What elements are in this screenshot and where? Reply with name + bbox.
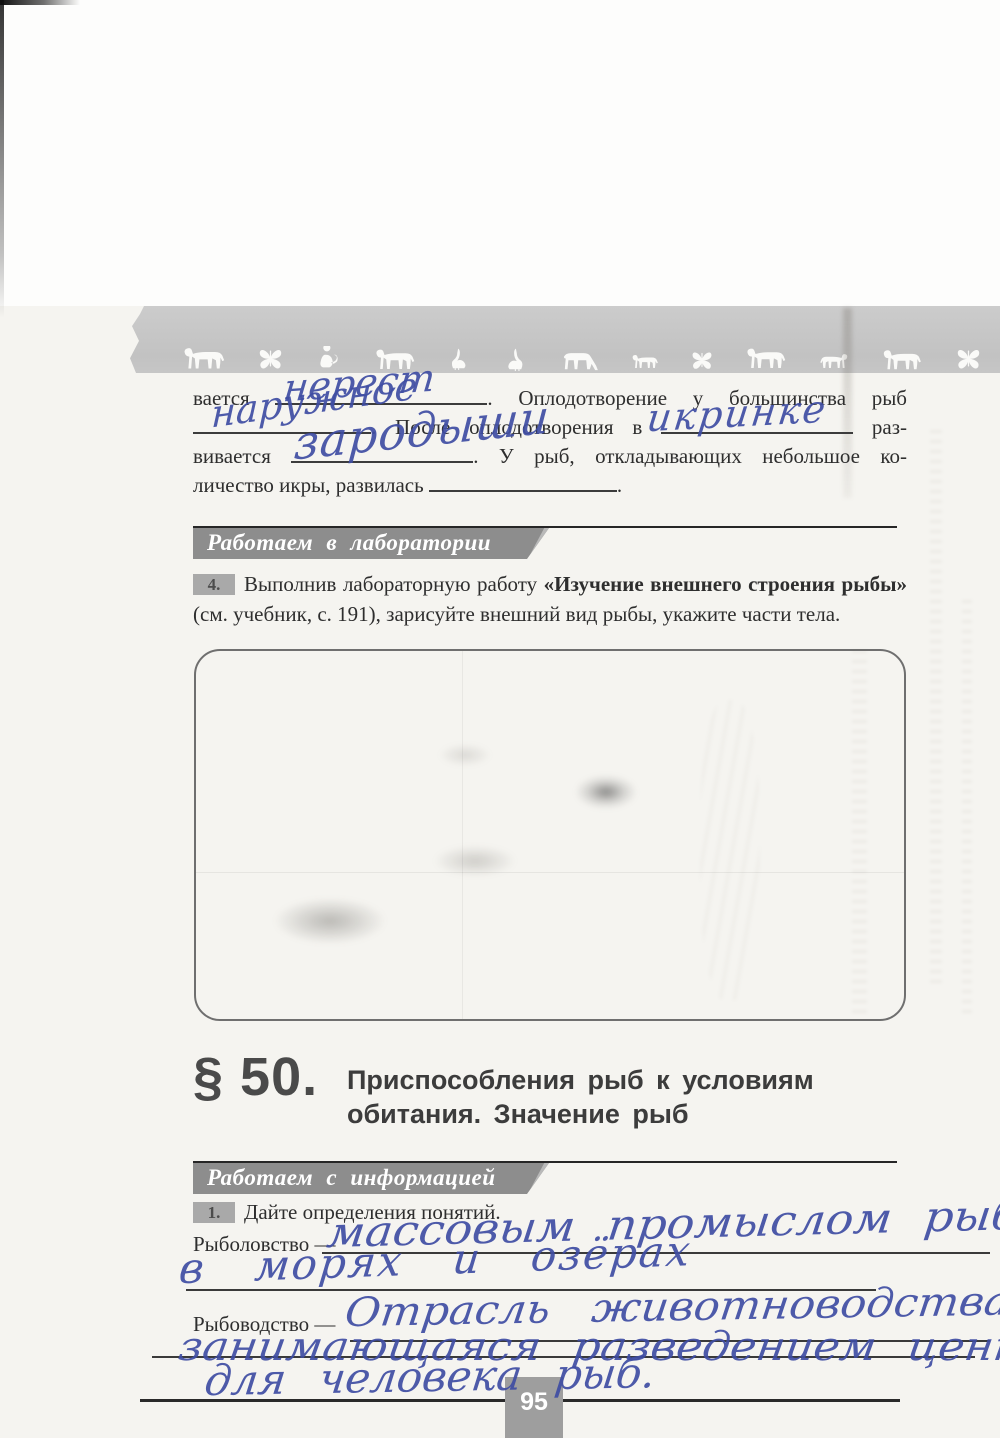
paper-crease <box>196 872 904 873</box>
paragraph-title-line1: Приспособления рыб к условиям <box>347 1063 892 1097</box>
stork-silhouette-icon <box>447 345 471 371</box>
pencil-smudge <box>575 775 637 809</box>
paper-crease <box>462 651 463 1019</box>
chapter-animal-banner <box>130 306 1000 373</box>
paragraph-title: Приспособления рыб к условиям обитания. … <box>347 1063 892 1131</box>
goose-silhouette-icon <box>502 346 528 371</box>
fill-line4-post: . <box>617 473 622 497</box>
section-header-lab: Работаем в лаборатории <box>193 528 549 559</box>
task-4-paragraph: 4.Выполнив лабораторную работу «Изучение… <box>193 570 907 629</box>
ink-bleedthrough <box>962 600 972 1020</box>
ink-bleedthrough <box>852 650 867 1020</box>
task-4-text-2: (см. учебник, с. 191), зарисуйте внешний… <box>193 602 840 626</box>
task-1-number-badge: 1. <box>193 1202 235 1223</box>
section-header-info: Работаем с информацией <box>193 1163 549 1194</box>
paragraph-number: § 50. <box>193 1046 318 1108</box>
scan-edge-left <box>0 0 4 318</box>
handwritten-term2-line3: для человека рыб. <box>202 1348 658 1405</box>
ink-bleedthrough <box>700 700 760 1000</box>
scan-edge-top <box>0 0 80 5</box>
running-horse-silhouette-icon <box>880 347 924 371</box>
section-rule-line <box>193 526 897 528</box>
answer-blank-5 <box>429 473 617 492</box>
fill-line3-pre: вивается <box>193 444 271 468</box>
workbook-page: вается . Оплодотворение у большинства ры… <box>0 0 1000 1438</box>
task-4-text-1: Выполнив лабораторную работу <box>244 572 544 596</box>
page-top-margin <box>0 0 1000 306</box>
butterfly-silhouette-icon <box>257 346 284 371</box>
task-4-text-bold: «Изучение внешнего строения рыбы» <box>544 572 907 596</box>
paragraph-title-line2: обитания. Значение рыб <box>347 1097 892 1131</box>
banner-stripe <box>528 1163 551 1194</box>
pencil-smudge <box>255 890 405 952</box>
fill-line-4: личество икры, развилась . <box>193 471 907 500</box>
task-4-number-badge: 4. <box>193 574 235 595</box>
ink-bleedthrough <box>930 430 942 990</box>
section-header-info-label: Работаем с информацией <box>207 1165 496 1190</box>
pencil-smudge <box>430 740 500 770</box>
elk-silhouette-icon <box>745 344 787 371</box>
pencil-smudge <box>420 840 530 882</box>
fill-line2-end: раз- <box>872 415 907 439</box>
fill-line4-pre: личество икры, развилась <box>193 473 424 497</box>
banner-stripe <box>528 528 551 559</box>
fish-drawing-area <box>194 649 906 1021</box>
antelope-silhouette-icon <box>560 346 600 371</box>
fill-line3-post: . У рыб, откладывающих небольшое ко- <box>473 444 907 468</box>
bison-silhouette-icon <box>182 344 226 371</box>
butterfly-silhouette-icon <box>955 346 982 371</box>
moth-silhouette-icon <box>690 349 714 371</box>
cat-silhouette-icon <box>631 351 659 371</box>
section-header-lab-label: Работаем в лаборатории <box>207 530 491 555</box>
section-rule-line <box>193 1161 897 1163</box>
